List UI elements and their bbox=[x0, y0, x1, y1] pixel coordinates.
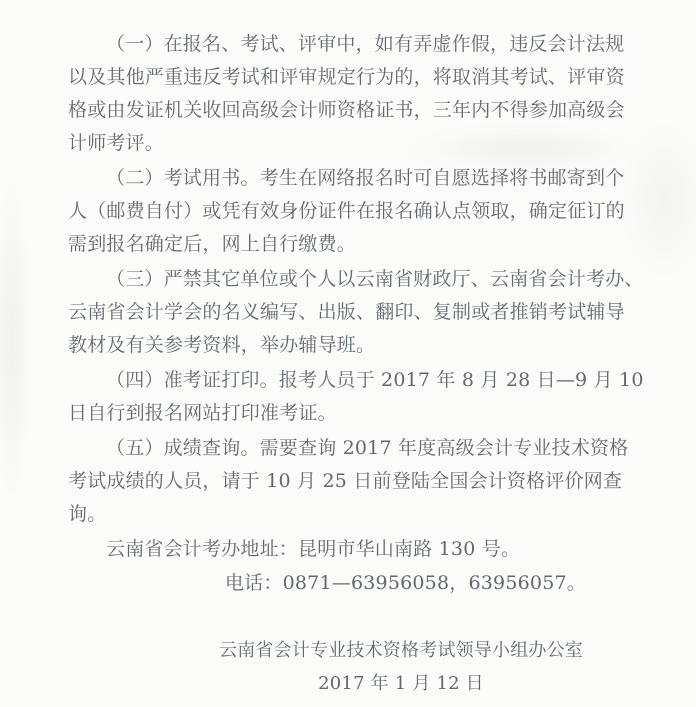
document-body: （一）在报名、考试、评审中，如有弄虚作假，违反会计法规 以及其他严重违反考试和评… bbox=[0, 0, 696, 700]
contact-address-line: 云南省会计考办地址：昆明市华山南路 130 号。 bbox=[68, 533, 646, 566]
body-paragraph-4: （四）准考证打印。报考人员于 2017 年 8 月 28 日—9 月 10 日自… bbox=[68, 364, 646, 430]
signature-date: 2017 年 1 月 12 日 bbox=[219, 667, 583, 700]
document-page: （一）在报名、考试、评审中，如有弄虚作假，违反会计法规 以及其他严重违反考试和评… bbox=[0, 0, 696, 707]
contact-phone-line: 电话：0871—63956058，63956057。 bbox=[68, 567, 646, 600]
body-paragraph-2: （二）考试用书。考生在网络报名时可自愿选择将书邮寄到个 人（邮费自付）或凭有效身… bbox=[68, 162, 646, 261]
body-paragraph-5: （五）成绩查询。需要查询 2017 年度高级会计专业技术资格 考试成绩的人员，请… bbox=[68, 432, 646, 531]
signature-block: 云南省会计专业技术资格考试领导小组办公室 2017 年 1 月 12 日 bbox=[219, 634, 583, 700]
body-paragraph-1: （一）在报名、考试、评审中，如有弄虚作假，违反会计法规 以及其他严重违反考试和评… bbox=[68, 28, 646, 160]
signature-org: 云南省会计专业技术资格考试领导小组办公室 bbox=[219, 634, 583, 667]
body-paragraph-3: （三）严禁其它单位或个人以云南省财政厅、云南省会计考办、 云南省会计学会的名义编… bbox=[68, 263, 646, 362]
